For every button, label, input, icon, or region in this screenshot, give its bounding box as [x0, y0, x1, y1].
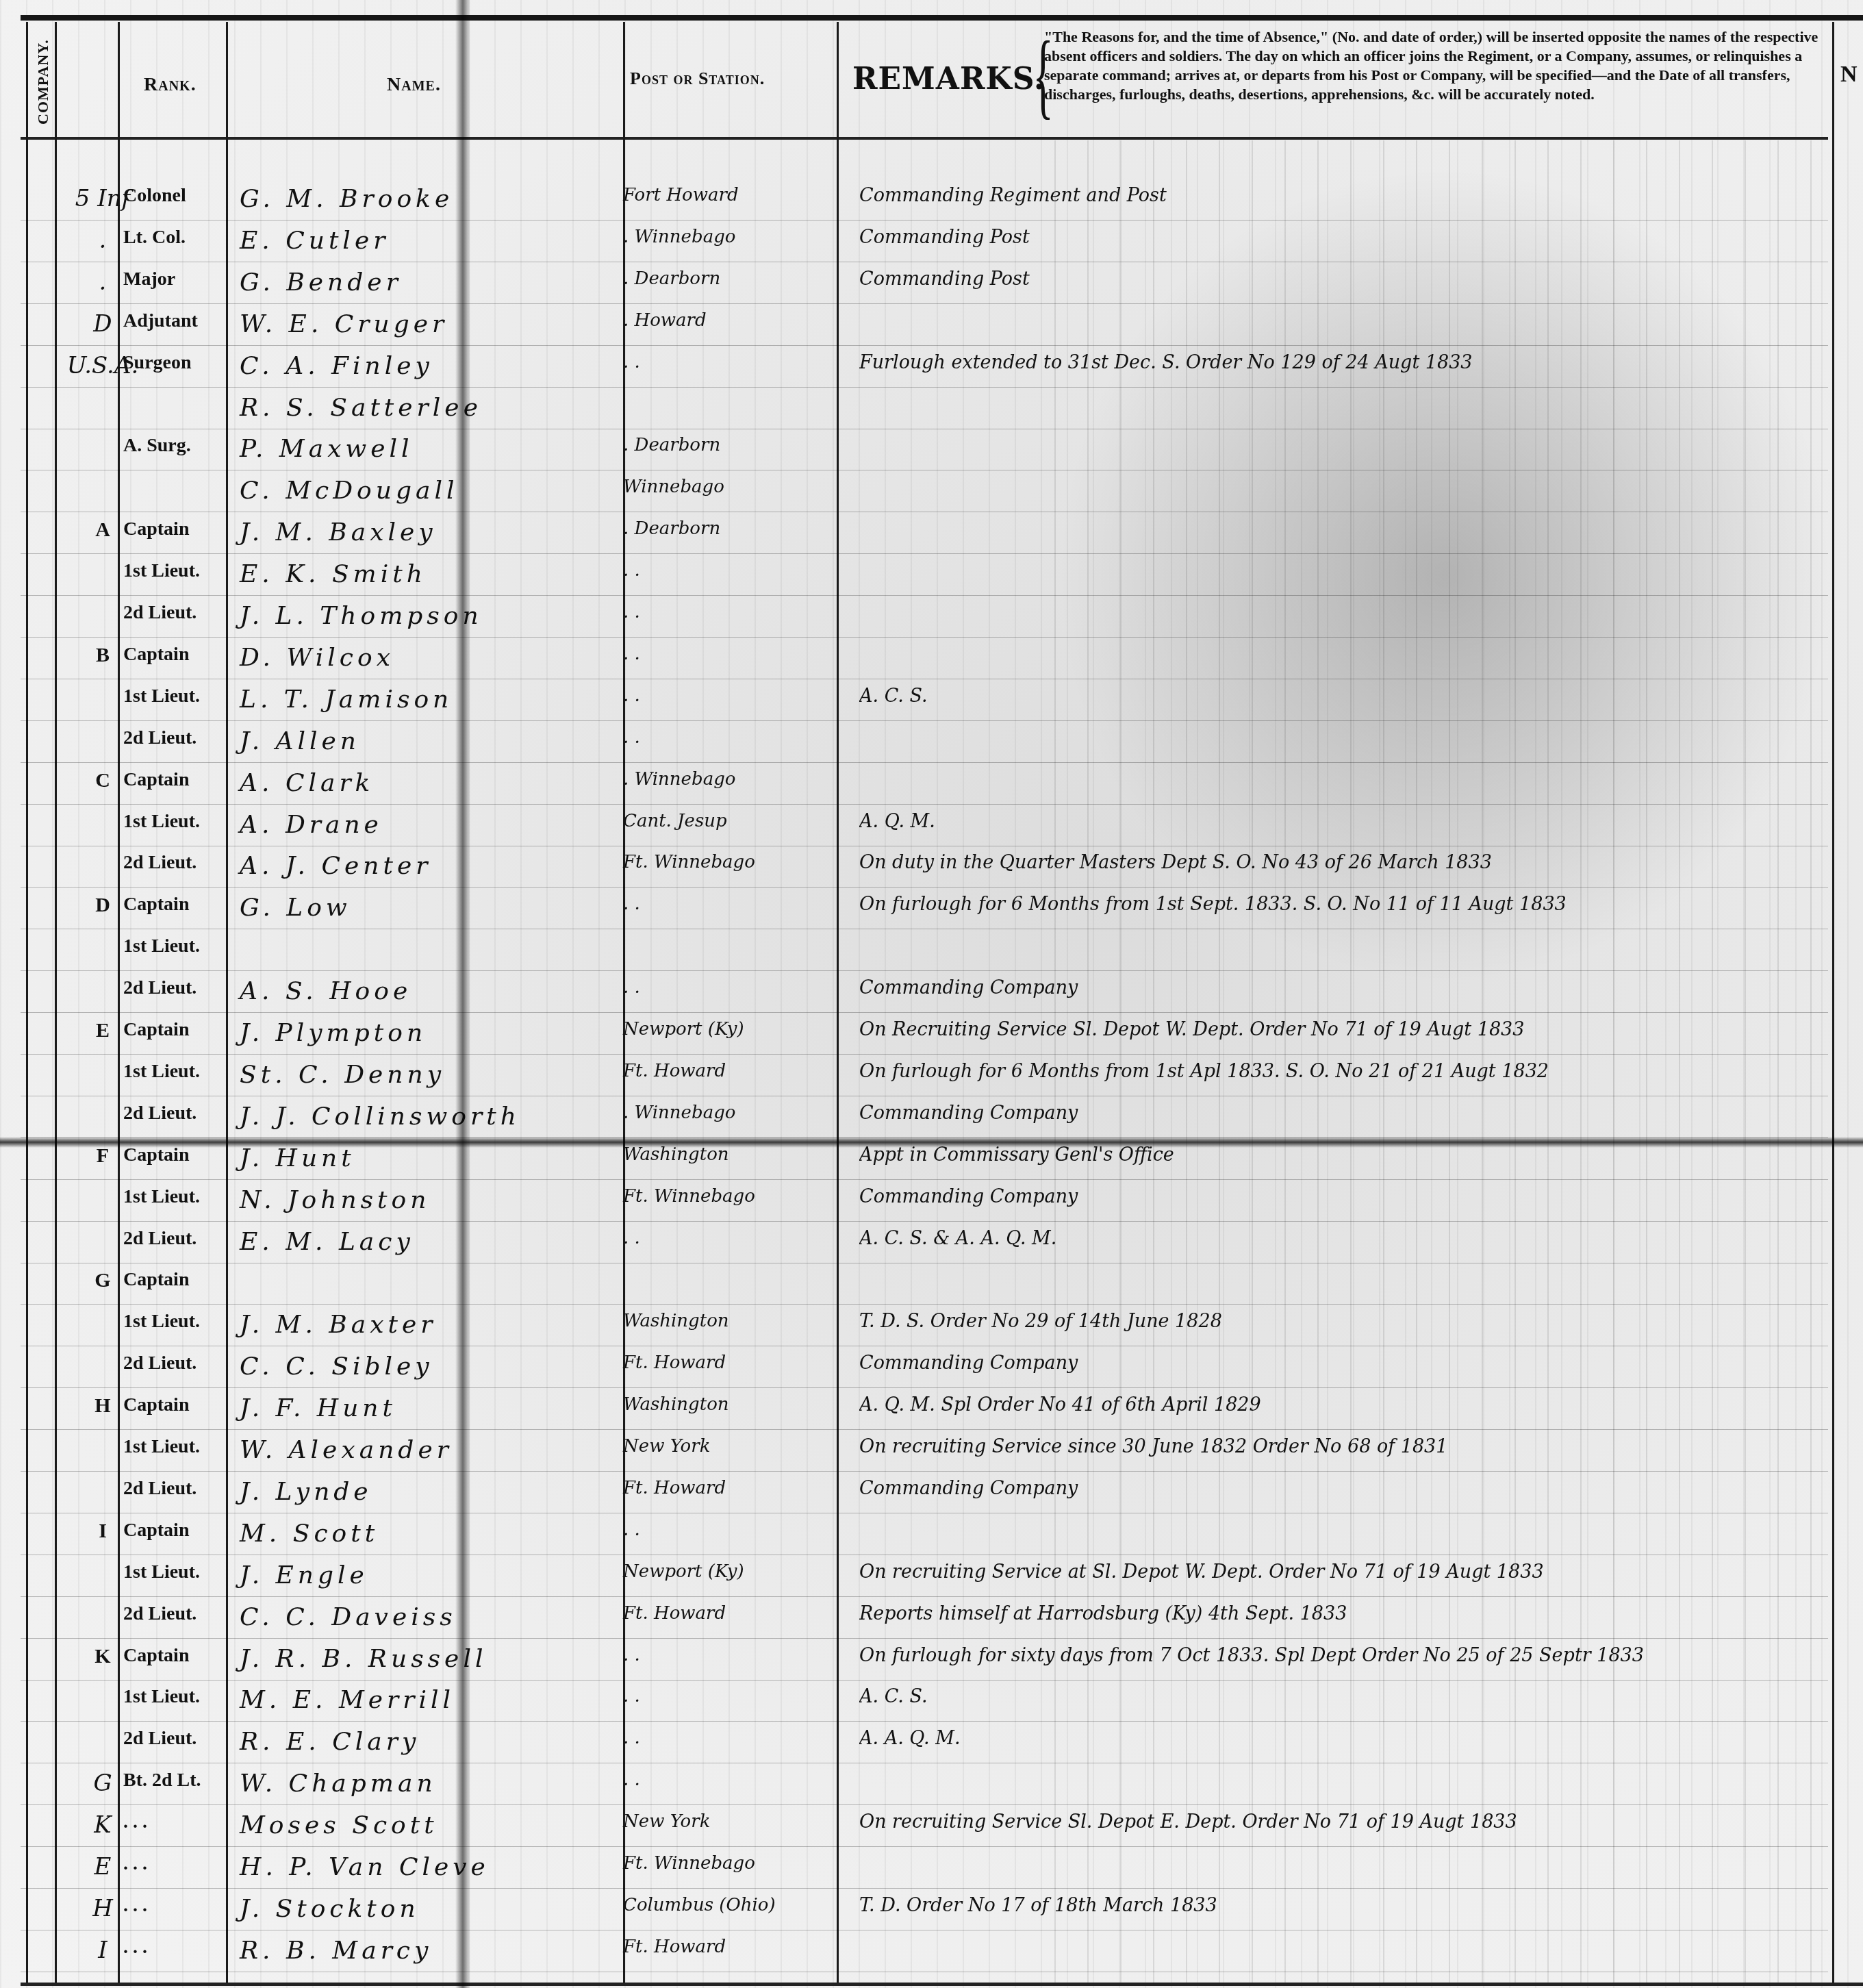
post-cell: . Howard: [623, 310, 856, 331]
name-cell: A. J. Center: [240, 852, 623, 880]
rank-cell: . . .: [123, 1811, 240, 1833]
row-rule: [21, 262, 1828, 262]
remarks-cell: Commanding Company: [859, 1186, 1832, 1207]
row-rule: [21, 1888, 1828, 1889]
rank-cell: 1st Lieut.: [123, 1311, 240, 1333]
name-cell: J. Stockton: [240, 1895, 623, 1923]
table-row: K. . .Moses ScottNew YorkOn recruiting S…: [21, 1806, 1828, 1847]
table-row: 5 InfColonelG. M. BrookeFort HowardComma…: [21, 179, 1828, 221]
row-rule: [21, 1972, 1828, 1972]
post-cell: . Winnebago: [623, 227, 856, 247]
header-rule: [21, 137, 1828, 140]
row-rule: [21, 1471, 1828, 1472]
remarks-cell: A. C. S.: [859, 1686, 1832, 1707]
post-cell: Fort Howard: [623, 185, 856, 205]
row-rule: [21, 970, 1828, 971]
row-rule: [21, 303, 1828, 304]
name-cell: C. C. Sibley: [240, 1352, 623, 1381]
row-rule: [21, 1096, 1828, 1096]
rank-cell: . . .: [123, 1853, 240, 1875]
row-rule: [21, 1846, 1828, 1847]
column-divider-remarks-next: [1832, 22, 1834, 1983]
table-row: .Lt. Col.E. Cutler. WinnebagoCommanding …: [21, 221, 1828, 262]
header-post-or-station: Post or Station.: [630, 68, 765, 89]
rank-cell: Captain: [123, 1269, 240, 1291]
row-rule: [21, 1763, 1828, 1763]
row-rule: [21, 387, 1828, 388]
rank-cell: Captain: [123, 1394, 240, 1416]
remarks-cell: On recruiting Service Sl. Depot E. Dept.…: [859, 1811, 1832, 1833]
post-cell: . Dearborn: [623, 518, 856, 539]
header-rank: Rank.: [144, 74, 197, 96]
post-cell: Washington: [623, 1394, 856, 1415]
remarks-cell: T. D. S. Order No 29 of 14th June 1828: [859, 1311, 1832, 1332]
post-cell: . .: [623, 977, 856, 998]
remarks-cell: On furlough for sixty days from 7 Oct 18…: [859, 1645, 1832, 1666]
rank-cell: Captain: [123, 518, 240, 540]
rank-cell: 2d Lieut.: [123, 1603, 240, 1625]
row-rule: [21, 846, 1828, 846]
post-cell: . .: [623, 685, 856, 706]
remarks-cell: On recruiting Service since 30 June 1832…: [859, 1436, 1832, 1457]
name-cell: W. Chapman: [240, 1770, 623, 1798]
rank-cell: Captain: [123, 1520, 240, 1542]
row-rule: [21, 1721, 1828, 1722]
rank-cell: 2d Lieut.: [123, 1352, 240, 1374]
table-row: 2d Lieut.J. L. Thompson. .: [21, 596, 1828, 638]
rank-cell: Captain: [123, 644, 240, 666]
rank-cell: . . .: [123, 1895, 240, 1917]
name-cell: Moses Scott: [240, 1811, 623, 1839]
name-cell: R. E. Clary: [240, 1728, 623, 1756]
row-rule: [21, 679, 1828, 679]
post-cell: Winnebago: [623, 477, 856, 497]
rank-cell: 1st Lieut.: [123, 811, 240, 833]
table-row: DAdjutantW. E. Cruger. Howard: [21, 305, 1828, 346]
post-cell: Cant. Jesup: [623, 811, 856, 831]
name-cell: A. S. Hooe: [240, 977, 623, 1005]
remarks-cell: On recruiting Service at Sl. Depot W. De…: [859, 1561, 1832, 1583]
header-next-column: N: [1840, 62, 1858, 88]
name-cell: J. M. Baxley: [240, 518, 623, 546]
table-row: 1st Lieut.J. M. BaxterWashingtonT. D. S.…: [21, 1305, 1828, 1346]
row-rule: [21, 1304, 1828, 1305]
remarks-cell: T. D. Order No 17 of 18th March 1833: [859, 1895, 1832, 1916]
post-cell: Ft. Howard: [623, 1478, 856, 1498]
name-cell: C. McDougall: [240, 477, 623, 505]
table-row: CCaptainA. Clark. Winnebago: [21, 764, 1828, 805]
name-cell: L. T. Jamison: [240, 685, 623, 714]
table-row: 2d Lieut.A. S. Hooe. .Commanding Company: [21, 972, 1828, 1013]
remarks-cell: Commanding Company: [859, 1352, 1832, 1374]
rank-cell: 1st Lieut.: [123, 1186, 240, 1208]
remarks-cell: A. A. Q. M.: [859, 1728, 1832, 1749]
post-cell: Ft. Howard: [623, 1937, 856, 1957]
post-cell: . .: [623, 644, 856, 664]
post-cell: Ft. Winnebago: [623, 852, 856, 872]
row-rule: [21, 595, 1828, 596]
name-cell: J. F. Hunt: [240, 1394, 623, 1422]
post-cell: . .: [623, 1645, 856, 1665]
remarks-cell: Furlough extended to 31st Dec. S. Order …: [859, 352, 1832, 373]
table-row: 1st Lieut.L. T. Jamison. .A. C. S.: [21, 680, 1828, 721]
name-cell: P. Maxwell: [240, 435, 623, 463]
name-cell: R. S. Satterlee: [240, 394, 623, 422]
name-cell: St. C. Denny: [240, 1061, 623, 1089]
bottom-rule: [21, 1983, 1863, 1986]
name-cell: J. M. Baxter: [240, 1311, 623, 1339]
name-cell: W. E. Cruger: [240, 310, 623, 338]
name-cell: J. R. B. Russell: [240, 1645, 623, 1673]
post-cell: Newport (Ky): [623, 1561, 856, 1582]
row-rule: [21, 1596, 1828, 1597]
row-rule: [21, 512, 1828, 512]
post-cell: . Dearborn: [623, 435, 856, 455]
post-cell: New York: [623, 1811, 856, 1832]
post-cell: . .: [623, 602, 856, 622]
row-rule: [21, 1555, 1828, 1555]
table-row: 1st Lieut.M. E. Merrill. .A. C. S.: [21, 1681, 1828, 1722]
table-row: 2d Lieut.E. M. Lacy. .A. C. S. & A. A. Q…: [21, 1222, 1828, 1263]
rank-cell: 1st Lieut.: [123, 1686, 240, 1708]
name-cell: G. Low: [240, 894, 623, 922]
post-cell: Columbus (Ohio): [623, 1895, 856, 1915]
name-cell: J. Engle: [240, 1561, 623, 1589]
rank-cell: Adjutant: [123, 310, 240, 332]
horizontal-fold-crease: [0, 1137, 1863, 1148]
name-cell: W. Alexander: [240, 1436, 623, 1464]
name-cell: G. M. Brooke: [240, 185, 623, 213]
row-rule: [21, 429, 1828, 429]
row-rule: [21, 345, 1828, 346]
post-cell: Washington: [623, 1311, 856, 1331]
name-cell: A. Clark: [240, 769, 623, 797]
name-cell: J. Plympton: [240, 1019, 623, 1047]
rank-cell: 1st Lieut.: [123, 1561, 240, 1583]
post-cell: Ft. Howard: [623, 1603, 856, 1624]
remarks-cell: A. Q. M. Spl Order No 41 of 6th April 18…: [859, 1394, 1832, 1415]
table-row: 1st Lieut.W. AlexanderNew YorkOn recruit…: [21, 1431, 1828, 1472]
name-cell: J. Hunt: [240, 1144, 623, 1172]
row-rule: [21, 1930, 1828, 1930]
name-cell: C. C. Daveiss: [240, 1603, 623, 1631]
post-cell: . .: [623, 1770, 856, 1790]
rank-cell: 2d Lieut.: [123, 1103, 240, 1124]
row-rule: [21, 1221, 1828, 1222]
row-rule: [21, 929, 1828, 929]
post-cell: Ft. Winnebago: [623, 1186, 856, 1207]
table-row: H. . .J. StocktonColumbus (Ohio)T. D. Or…: [21, 1889, 1828, 1930]
row-rule: [21, 1513, 1828, 1513]
post-cell: . .: [623, 727, 856, 748]
row-rule: [21, 1179, 1828, 1180]
table-row: 1st Lieut.: [21, 930, 1828, 971]
row-rule: [21, 720, 1828, 721]
row-rule: [21, 220, 1828, 221]
table-row: 2d Lieut.J. Allen. .: [21, 722, 1828, 763]
post-cell: . .: [623, 560, 856, 581]
rank-cell: 2d Lieut.: [123, 1478, 240, 1500]
table-row: .MajorG. Bender. DearbornCommanding Post: [21, 263, 1828, 304]
top-rule: [21, 15, 1863, 21]
rank-cell: Captain: [123, 894, 240, 916]
post-cell: Ft. Howard: [623, 1061, 856, 1081]
post-cell: . .: [623, 894, 856, 914]
table-row: 2d Lieut.J. LyndeFt. HowardCommanding Co…: [21, 1472, 1828, 1513]
table-row: 1st Lieut.J. EngleNewport (Ky)On recruit…: [21, 1556, 1828, 1597]
rank-cell: 2d Lieut.: [123, 727, 240, 749]
name-cell: M. E. Merrill: [240, 1686, 623, 1714]
remarks-cell: Commanding Post: [859, 227, 1832, 248]
row-rule: [21, 553, 1828, 554]
row-rule: [21, 1638, 1828, 1639]
name-cell: R. B. Marcy: [240, 1937, 623, 1965]
remarks-cell: On duty in the Quarter Masters Dept S. O…: [859, 852, 1832, 873]
rank-cell: 1st Lieut.: [123, 1436, 240, 1458]
rank-cell: A. Surg.: [123, 435, 240, 457]
table-row: ECaptainJ. PlymptonNewport (Ky)On Recrui…: [21, 1014, 1828, 1055]
rank-cell: 1st Lieut.: [123, 685, 240, 707]
table-row: 2d Lieut.C. C. DaveissFt. HowardReports …: [21, 1598, 1828, 1639]
remarks-cell: On furlough for 6 Months from 1st Sept. …: [859, 894, 1832, 915]
name-cell: N. Johnston: [240, 1186, 623, 1214]
rank-cell: Colonel: [123, 185, 240, 207]
rank-cell: Bt. 2d Lt.: [123, 1770, 240, 1791]
table-row: I. . .R. B. MarcyFt. Howard: [21, 1931, 1828, 1972]
header-company: COMPANY.: [34, 27, 62, 137]
remarks-cell: A. C. S.: [859, 685, 1832, 707]
row-rule: [21, 762, 1828, 763]
name-cell: J. L. Thompson: [240, 602, 623, 630]
name-cell: E. Cutler: [240, 227, 623, 255]
name-cell: M. Scott: [240, 1520, 623, 1548]
remarks-cell: Reports himself at Harrodsburg (Ky) 4th …: [859, 1603, 1832, 1624]
row-rule: [21, 470, 1828, 470]
post-cell: . Winnebago: [623, 769, 856, 790]
row-rule: [21, 1054, 1828, 1055]
post-cell: . .: [623, 1228, 856, 1248]
rank-cell: Lt. Col.: [123, 227, 240, 249]
row-rule: [21, 1680, 1828, 1681]
row-rule: [21, 1012, 1828, 1013]
remarks-cell: Commanding Regiment and Post: [859, 185, 1832, 206]
table-row: 1st Lieut.N. JohnstonFt. WinnebagoComman…: [21, 1181, 1828, 1222]
remarks-cell: A. Q. M.: [859, 811, 1832, 832]
row-rule: [21, 804, 1828, 805]
name-cell: G. Bender: [240, 268, 623, 297]
row-rule: [21, 1804, 1828, 1805]
table-row: ICaptainM. Scott. .: [21, 1514, 1828, 1555]
name-cell: E. M. Lacy: [240, 1228, 623, 1256]
name-cell: J. Lynde: [240, 1478, 623, 1506]
post-cell: Newport (Ky): [623, 1019, 856, 1040]
name-cell: J. Allen: [240, 727, 623, 755]
table-row: HCaptainJ. F. HuntWashingtonA. Q. M. Spl…: [21, 1389, 1828, 1430]
rank-cell: 1st Lieut.: [123, 560, 240, 582]
table-row: 2d Lieut.C. C. SibleyFt. HowardCommandin…: [21, 1347, 1828, 1388]
table-row: DCaptainG. Low. .On furlough for 6 Month…: [21, 888, 1828, 929]
name-cell: C. A. Finley: [240, 352, 623, 380]
name-cell: A. Drane: [240, 811, 623, 839]
table-row: E. . .H. P. Van CleveFt. Winnebago: [21, 1848, 1828, 1889]
rank-cell: 2d Lieut.: [123, 1728, 240, 1750]
post-cell: New York: [623, 1436, 856, 1457]
rank-cell: 2d Lieut.: [123, 602, 240, 624]
row-rule: [21, 1263, 1828, 1263]
name-cell: D. Wilcox: [240, 644, 623, 672]
row-rule: [21, 887, 1828, 888]
post-cell: . .: [623, 1728, 856, 1748]
remarks-cell: Commanding Post: [859, 268, 1832, 290]
table-row: U.S.A.SurgeonC. A. Finley. .Furlough ext…: [21, 347, 1828, 388]
table-row: C. McDougallWinnebago: [21, 471, 1828, 512]
post-cell: . .: [623, 1520, 856, 1540]
remarks-cell: On Recruiting Service Sl. Depot W. Dept.…: [859, 1019, 1832, 1040]
table-row: A. Surg.P. Maxwell. Dearborn: [21, 429, 1828, 470]
remarks-cell: On furlough for 6 Months from 1st Apl 18…: [859, 1061, 1832, 1082]
rank-cell: 1st Lieut.: [123, 935, 240, 957]
table-row: KCaptainJ. R. B. Russell. .On furlough f…: [21, 1639, 1828, 1681]
row-rule: [21, 1429, 1828, 1430]
header-name: Name.: [387, 74, 441, 96]
table-row: GCaptain: [21, 1263, 1828, 1305]
table-row: 1st Lieut.A. DraneCant. JesupA. Q. M.: [21, 805, 1828, 846]
post-cell: . .: [623, 352, 856, 373]
header-remarks: REMARKS.: [852, 62, 1045, 97]
remarks-instructions: "The Reasons for, and the time of Absenc…: [1044, 27, 1825, 104]
remarks-cell: A. C. S. & A. A. Q. M.: [859, 1228, 1832, 1249]
name-cell: E. K. Smith: [240, 560, 623, 588]
table-row: BCaptainD. Wilcox. .: [21, 638, 1828, 679]
vertical-fold-crease: [455, 0, 470, 1988]
table-row: 2d Lieut.A. J. CenterFt. WinnebagoOn dut…: [21, 846, 1828, 888]
row-rule: [21, 637, 1828, 638]
post-cell: . .: [623, 1686, 856, 1707]
rank-cell: Captain: [123, 1645, 240, 1667]
name-cell: J. J. Collinsworth: [240, 1103, 623, 1131]
row-rule: [21, 1387, 1828, 1388]
rank-cell: Surgeon: [123, 352, 240, 374]
remarks-cell: Commanding Company: [859, 977, 1832, 998]
row-rule: [21, 1346, 1828, 1346]
remarks-cell: Commanding Company: [859, 1103, 1832, 1124]
table-row: 1st Lieut.E. K. Smith. .: [21, 555, 1828, 596]
post-cell: . Winnebago: [623, 1103, 856, 1123]
table-row: R. S. Satterlee: [21, 388, 1828, 429]
rank-cell: 2d Lieut.: [123, 1228, 240, 1250]
rank-cell: Captain: [123, 1019, 240, 1041]
table-row: 2d Lieut.J. J. Collinsworth. WinnebagoCo…: [21, 1097, 1828, 1138]
rank-cell: Major: [123, 268, 240, 290]
table-row: ACaptainJ. M. Baxley. Dearborn: [21, 513, 1828, 554]
name-cell: H. P. Van Cleve: [240, 1853, 623, 1881]
rank-cell: 2d Lieut.: [123, 977, 240, 999]
rank-cell: 1st Lieut.: [123, 1061, 240, 1083]
remarks-cell: Commanding Company: [859, 1478, 1832, 1499]
rank-cell: . . .: [123, 1937, 240, 1959]
post-cell: Ft. Howard: [623, 1352, 856, 1373]
post-cell: . Dearborn: [623, 268, 856, 289]
post-cell: Ft. Winnebago: [623, 1853, 856, 1874]
rank-cell: 2d Lieut.: [123, 852, 240, 874]
table-row: 1st Lieut.St. C. DennyFt. HowardOn furlo…: [21, 1055, 1828, 1096]
table-row: 2d Lieut.R. E. Clary. .A. A. Q. M.: [21, 1722, 1828, 1763]
table-row: GBt. 2d Lt.W. Chapman. .: [21, 1764, 1828, 1805]
rank-cell: Captain: [123, 769, 240, 791]
